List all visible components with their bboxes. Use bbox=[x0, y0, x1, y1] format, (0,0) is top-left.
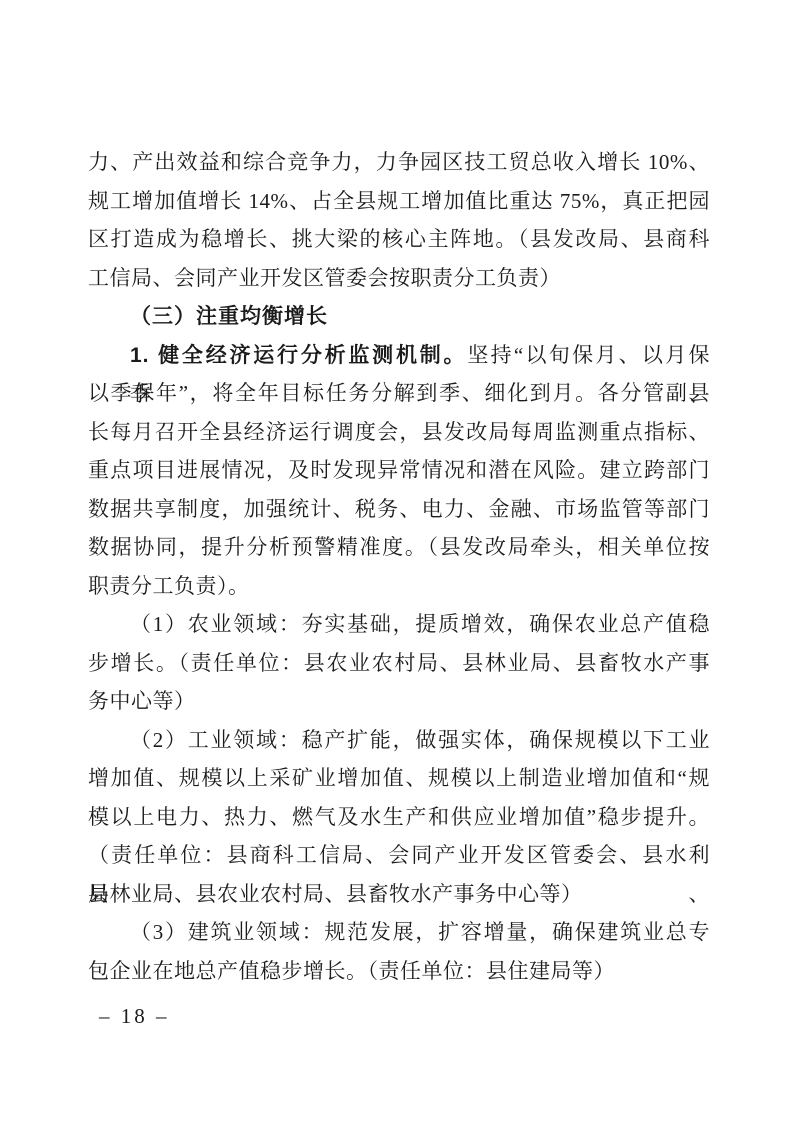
text-line: 增加值、规模以上采矿业增加值、规模以上制造业增加值和“规 bbox=[88, 759, 710, 798]
body-text-segment: 工信局、会同产业开发区管委会按职责分工负责） bbox=[88, 266, 561, 290]
body-text-segment: 数据协同，提升分析预警精准度。（县发改局牵头，相关单位按 bbox=[88, 535, 710, 559]
body-text-segment: 增加值、规模以上采矿业增加值、规模以上制造业增加值和“规 bbox=[88, 766, 710, 790]
text-line: 规工增加值增长 14%、占全县规工增加值比重达 75%，真正把园 bbox=[88, 182, 710, 221]
body-text-segment: 职责分工负责）。 bbox=[88, 574, 250, 598]
body-text-segment: 规工增加值增长 14%、占全县规工增加值比重达 75%，真正把园 bbox=[88, 189, 710, 213]
body-text-segment: 务中心等） bbox=[88, 689, 196, 713]
body-text-segment: （1）农业领域：夯实基础，提质增效，确保农业总产值稳 bbox=[130, 612, 710, 636]
body-text-segment: 步增长。（责任单位：县农业农村局、县林业局、县畜牧水产事 bbox=[88, 651, 710, 675]
body-text-segment: （3）建筑业领域：规范发展，扩容增量，确保建筑业总专 bbox=[130, 920, 710, 944]
text-line: （2）工业领域：稳产扩能，做强实体，确保规模以下工业 bbox=[88, 721, 710, 760]
body-text-segment: 模以上电力、热力、燃气及水生产和供应业增加值”稳步提升。 bbox=[88, 805, 710, 829]
text-line: 数据协同，提升分析预警精准度。（县发改局牵头，相关单位按 bbox=[88, 528, 710, 567]
document-text: 力、产出效益和综合竞争力，力争园区技工贸总收入增长 10%、规工增加值增长 14… bbox=[88, 143, 710, 990]
text-line: （1）农业领域：夯实基础，提质增效，确保农业总产值稳 bbox=[88, 605, 710, 644]
body-text-segment: 长每月召开全县经济运行调度会，县发改局每周监测重点指标、 bbox=[88, 420, 710, 444]
body-text-segment: 力、产出效益和综合竞争力，力争园区技工贸总收入增长 10%、 bbox=[88, 150, 710, 174]
text-line: 力、产出效益和综合竞争力，力争园区技工贸总收入增长 10%、 bbox=[88, 143, 710, 182]
text-line: 模以上电力、热力、燃气及水生产和供应业增加值”稳步提升。 bbox=[88, 798, 710, 837]
document-page: 力、产出效益和综合竞争力，力争园区技工贸总收入增长 10%、规工增加值增长 14… bbox=[0, 0, 793, 1122]
text-line: 以季保年”，将全年目标任务分解到季、细化到月。各分管副县 bbox=[88, 374, 710, 413]
text-line: （三）注重均衡增长 bbox=[88, 297, 710, 336]
text-line: 区打造成为稳增长、挑大梁的核心主阵地。（县发改局、县商科 bbox=[88, 220, 710, 259]
text-line: 1. 健全经济运行分析监测机制。坚持“以旬保月、以月保季、 bbox=[88, 336, 710, 375]
page-number: – 18 – bbox=[99, 1001, 170, 1031]
text-line: 数据共享制度，加强统计、税务、电力、金融、市场监管等部门 bbox=[88, 490, 710, 529]
body-text-segment: 数据共享制度，加强统计、税务、电力、金融、市场监管等部门 bbox=[88, 497, 710, 521]
text-line: 重点项目进展情况，及时发现异常情况和潜在风险。建立跨部门 bbox=[88, 451, 710, 490]
text-line: （3）建筑业领域：规范发展，扩容增量，确保建筑业总专 bbox=[88, 913, 710, 952]
body-text-segment: 区打造成为稳增长、挑大梁的核心主阵地。（县发改局、县商科 bbox=[88, 227, 710, 251]
text-line: （责任单位：县商科工信局、会同产业开发区管委会、县水利局、 bbox=[88, 836, 710, 875]
body-text-segment: （2）工业领域：稳产扩能，做强实体，确保规模以下工业 bbox=[130, 728, 710, 752]
heading-text-segment: 1. 健全经济运行分析监测机制。 bbox=[130, 344, 467, 367]
body-text-segment: 县林业局、县农业农村局、县畜牧水产事务中心等） bbox=[88, 882, 583, 906]
body-text-segment: 以季保年”，将全年目标任务分解到季、细化到月。各分管副县 bbox=[88, 381, 710, 405]
text-line: 工信局、会同产业开发区管委会按职责分工负责） bbox=[88, 259, 710, 298]
text-line: 长每月召开全县经济运行调度会，县发改局每周监测重点指标、 bbox=[88, 413, 710, 452]
body-text-segment: 重点项目进展情况，及时发现异常情况和潜在风险。建立跨部门 bbox=[88, 458, 710, 482]
text-line: 职责分工负责）。 bbox=[88, 567, 710, 606]
text-line: 步增长。（责任单位：县农业农村局、县林业局、县畜牧水产事 bbox=[88, 644, 710, 683]
heading-text-segment: （三）注重均衡增长 bbox=[130, 305, 328, 328]
text-line: 务中心等） bbox=[88, 682, 710, 721]
text-line: 包企业在地总产值稳步增长。（责任单位：县住建局等） bbox=[88, 952, 710, 991]
body-text-segment: 包企业在地总产值稳步增长。（责任单位：县住建局等） bbox=[88, 959, 615, 983]
